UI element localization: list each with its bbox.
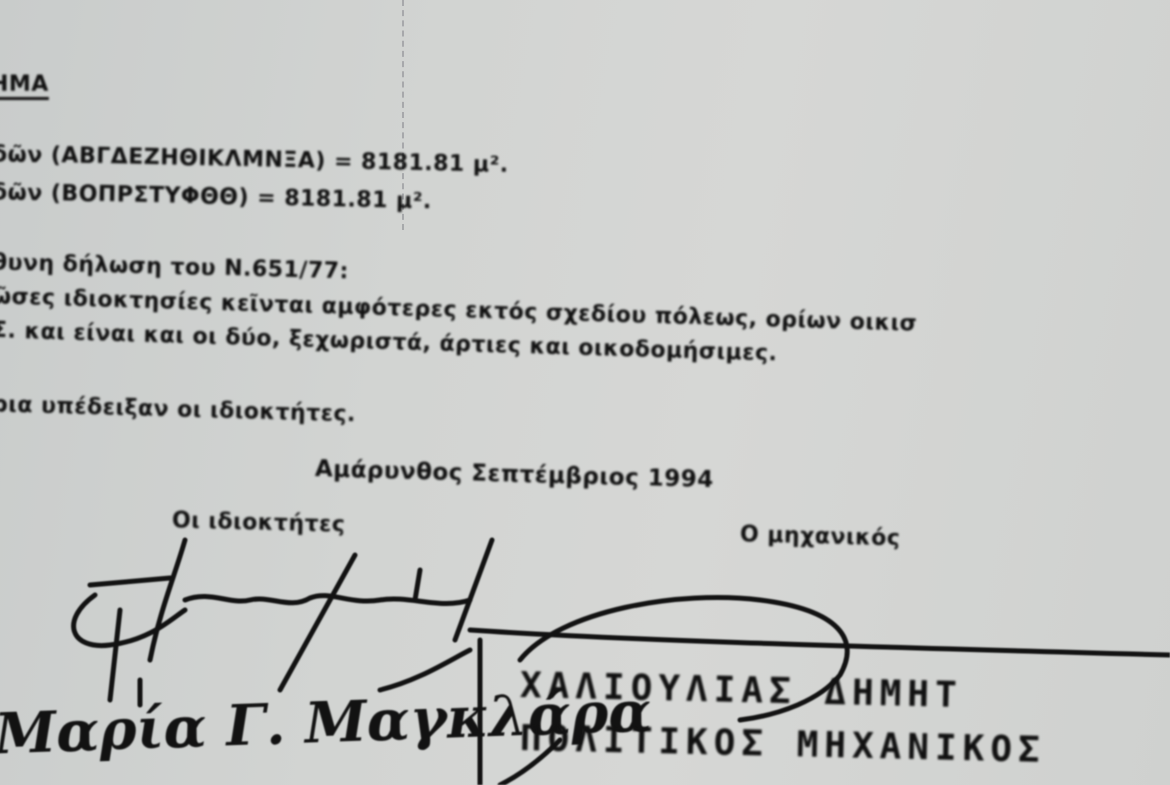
place-date: Αμάρυνθος Σεπτέμβριος 1994 (315, 456, 714, 493)
document-photo: ΗΜΑ δῶν (ΑΒΓΔΕΖΗΘΙΚΛΜΝΞΑ) = 8181.81 μ². … (0, 0, 1170, 785)
area-line-2: δῶν (ΒΟΠΡΣΤΥΦΘΘ) = 8181.81 μ². (0, 180, 432, 214)
statement-line-1: θυνη δήλωση του Ν.651/77: (0, 250, 349, 284)
shown-by-line: ρια υπέδειξαν οι ιδιοκτήτες. (0, 392, 356, 427)
section-heading: ΗΜΑ (0, 72, 49, 97)
area-line-1: δῶν (ΑΒΓΔΕΖΗΘΙΚΛΜΝΞΑ) = 8181.81 μ². (0, 142, 509, 178)
